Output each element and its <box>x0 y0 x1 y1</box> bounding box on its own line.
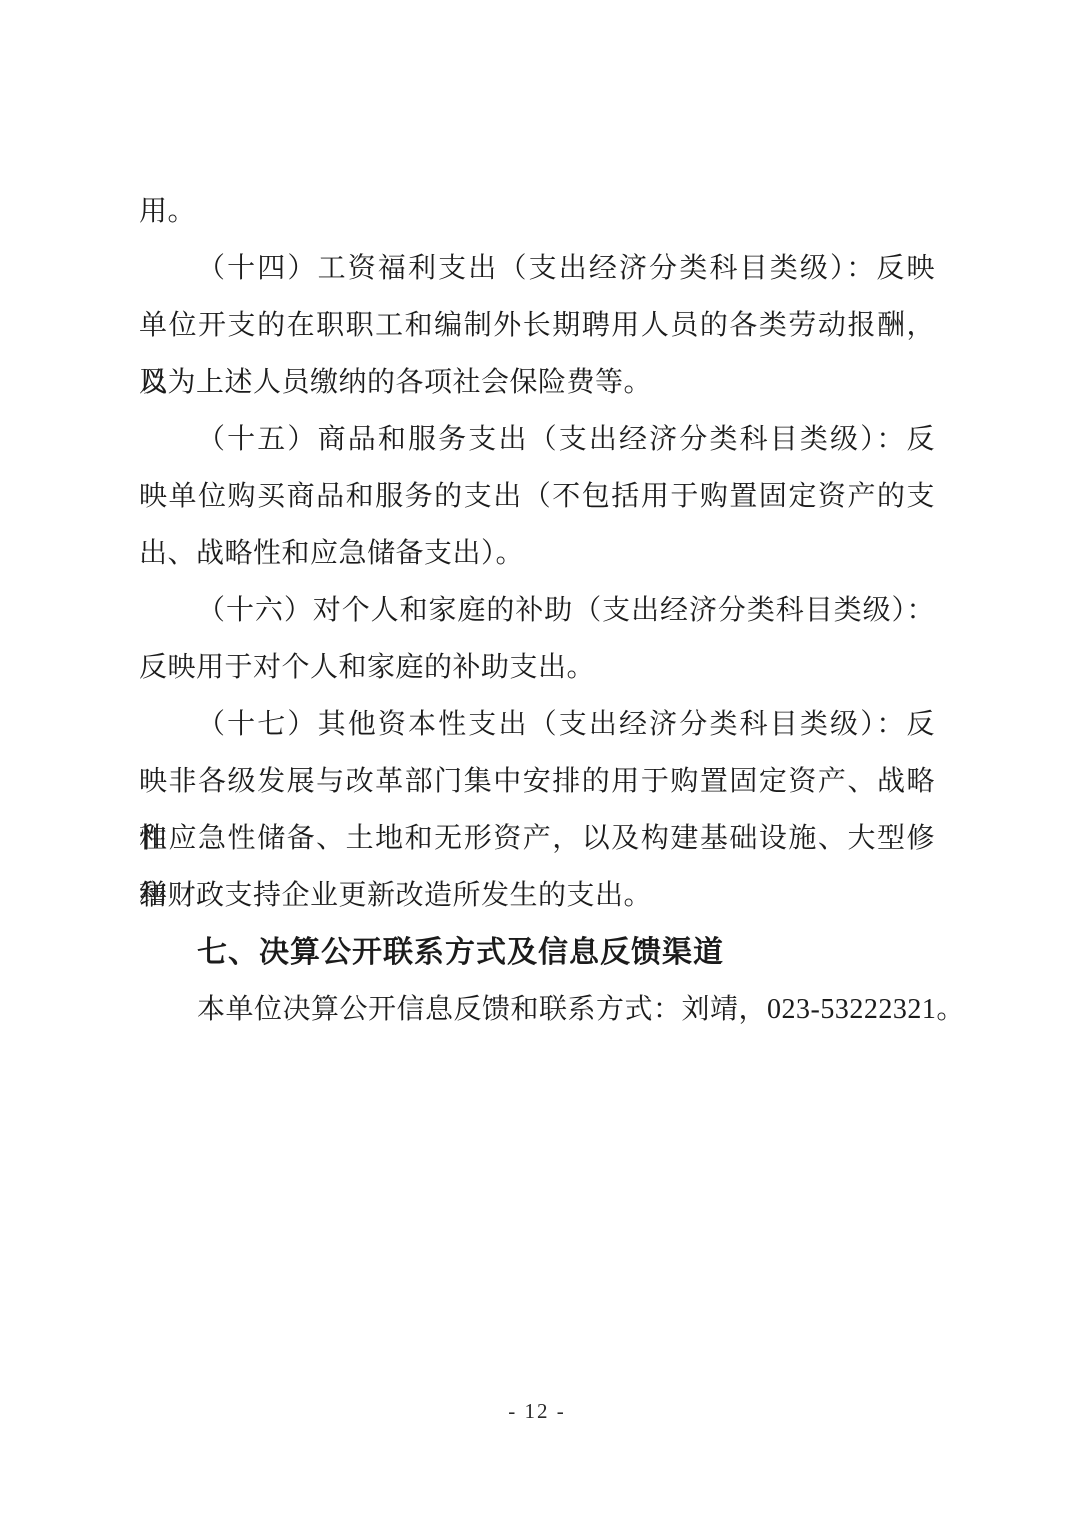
item-14-line-3: 及为上述人员缴纳的各项社会保险费等。 <box>139 354 935 411</box>
document-body: 用。 （十四）工资福利支出（支出经济分类科目类级）：反映 单位开支的在职职工和编… <box>139 183 935 1038</box>
item-15-line-3: 出、战略性和应急储备支出）。 <box>139 525 935 582</box>
page-number: - 12 - <box>0 1396 1074 1426</box>
item-14-line-1: （十四）工资福利支出（支出经济分类科目类级）：反映 <box>139 240 935 297</box>
item-17-line-4: 和财政支持企业更新改造所发生的支出。 <box>139 867 935 924</box>
document-page: 用。 （十四）工资福利支出（支出经济分类科目类级）：反映 单位开支的在职职工和编… <box>0 0 1074 1520</box>
contact-info-line: 本单位决算公开信息反馈和联系方式：刘靖，023-53222321。 <box>139 981 935 1038</box>
item-15-line-1: （十五）商品和服务支出（支出经济分类科目类级）：反 <box>139 411 935 468</box>
item-17-line-2: 映非各级发展与改革部门集中安排的用于购置固定资产、战略性 <box>139 753 935 810</box>
item-17-line-1: （十七）其他资本性支出（支出经济分类科目类级）：反 <box>139 696 935 753</box>
item-17-line-3: 和应急性储备、土地和无形资产，以及构建基础设施、大型修缮 <box>139 810 935 867</box>
item-16-line-2: 反映用于对个人和家庭的补助支出。 <box>139 639 935 696</box>
item-14-line-2: 单位开支的在职职工和编制外长期聘用人员的各类劳动报酬，以 <box>139 297 935 354</box>
paragraph-continuation-line: 用。 <box>139 183 935 240</box>
item-16-line-1: （十六）对个人和家庭的补助（支出经济分类科目类级）： <box>139 582 935 639</box>
item-15-line-2: 映单位购买商品和服务的支出（不包括用于购置固定资产的支 <box>139 468 935 525</box>
section-heading: 七、决算公开联系方式及信息反馈渠道 <box>139 924 935 981</box>
